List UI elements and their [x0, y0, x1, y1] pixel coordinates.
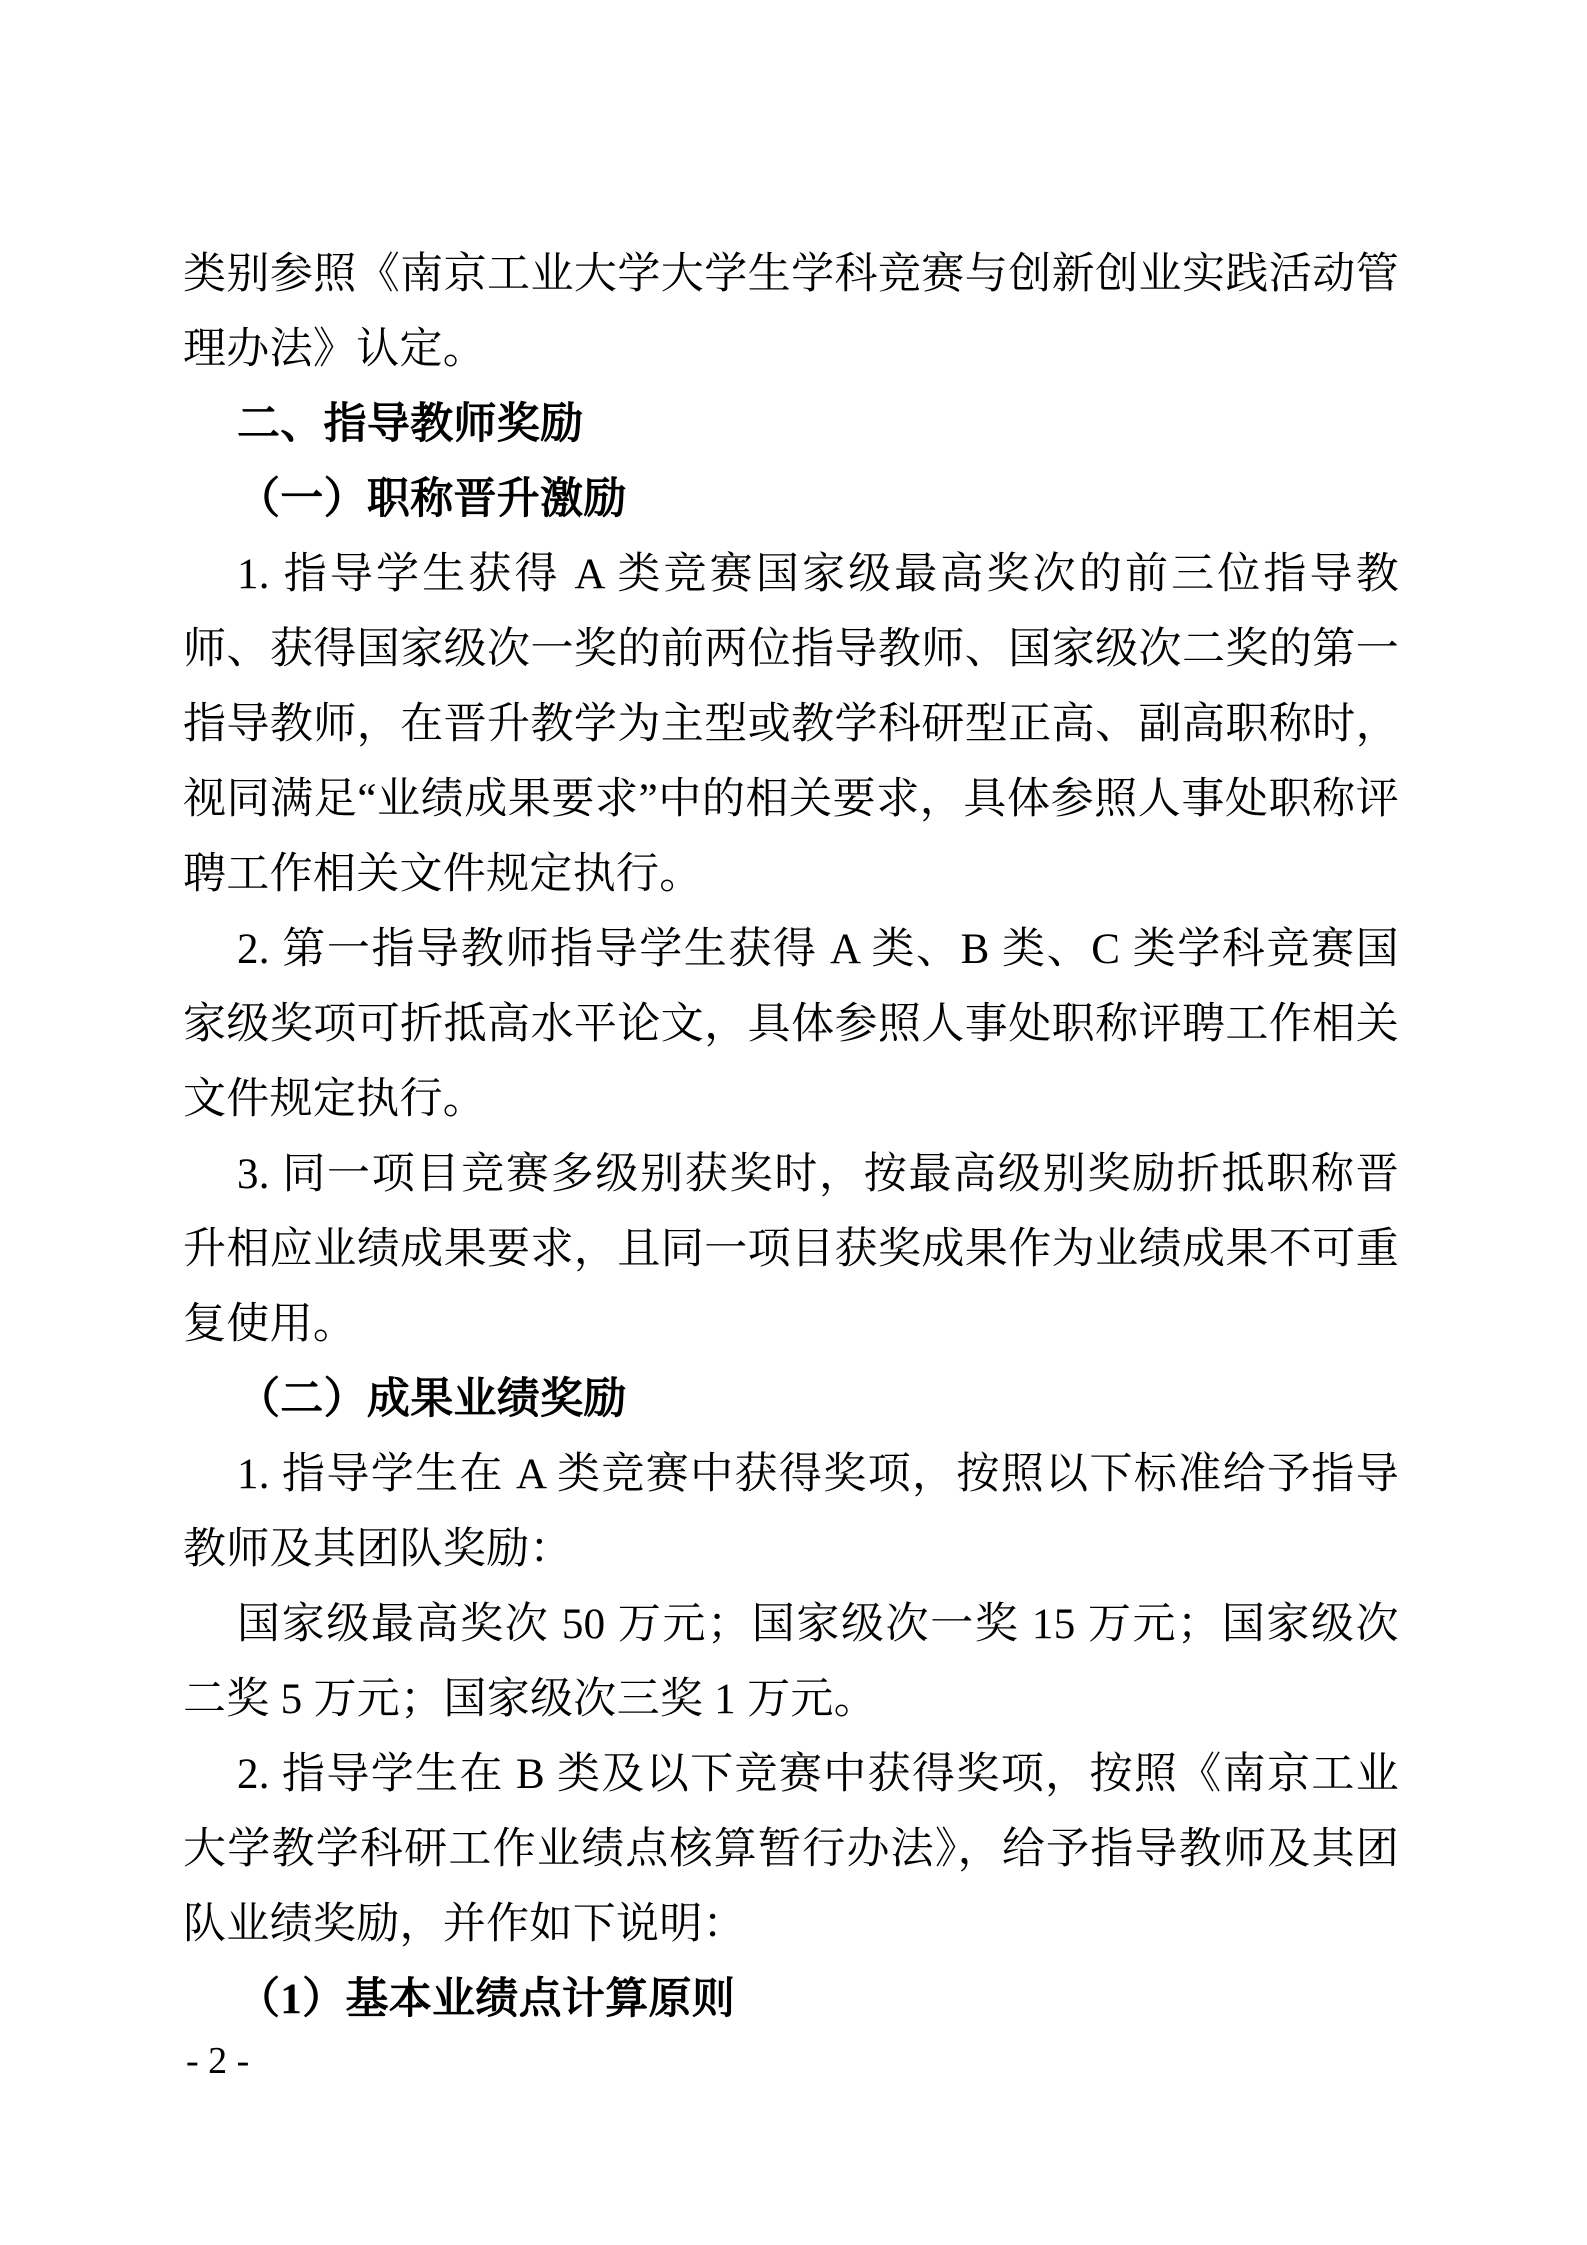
section-heading: 二、指导教师奖励	[183, 387, 1399, 462]
page-number: - 2 -	[186, 2038, 249, 2084]
paragraph: 国家级最高奖次 50 万元；国家级次一奖 15 万元；国家级次二奖 5 万元；国…	[183, 1587, 1399, 1737]
paragraph: 1. 指导学生在 A 类竞赛中获得奖项，按照以下标准给予指导教师及其团队奖励：	[183, 1437, 1399, 1587]
document-page: 类别参照《南京工业大学大学生学科竞赛与创新创业实践活动管理办法》认定。二、指导教…	[0, 0, 1587, 2245]
paragraph: 2. 第一指导教师指导学生获得 A 类、B 类、C 类学科竞赛国家级奖项可折抵高…	[183, 912, 1399, 1137]
subsection-heading: （一）职称晋升激励	[183, 462, 1399, 537]
subsection-heading: （1）基本业绩点计算原则	[183, 1962, 1399, 2037]
paragraph-continuation: 类别参照《南京工业大学大学生学科竞赛与创新创业实践活动管理办法》认定。	[183, 237, 1399, 387]
subsection-heading: （二）成果业绩奖励	[183, 1362, 1399, 1437]
paragraph: 2. 指导学生在 B 类及以下竞赛中获得奖项，按照《南京工业大学教学科研工作业绩…	[183, 1737, 1399, 1962]
paragraph: 3. 同一项目竞赛多级别获奖时，按最高级别奖励折抵职称晋升相应业绩成果要求，且同…	[183, 1137, 1399, 1362]
document-body: 类别参照《南京工业大学大学生学科竞赛与创新创业实践活动管理办法》认定。二、指导教…	[183, 237, 1399, 2037]
paragraph: 1. 指导学生获得 A 类竞赛国家级最高奖次的前三位指导教师、获得国家级次一奖的…	[183, 537, 1399, 912]
